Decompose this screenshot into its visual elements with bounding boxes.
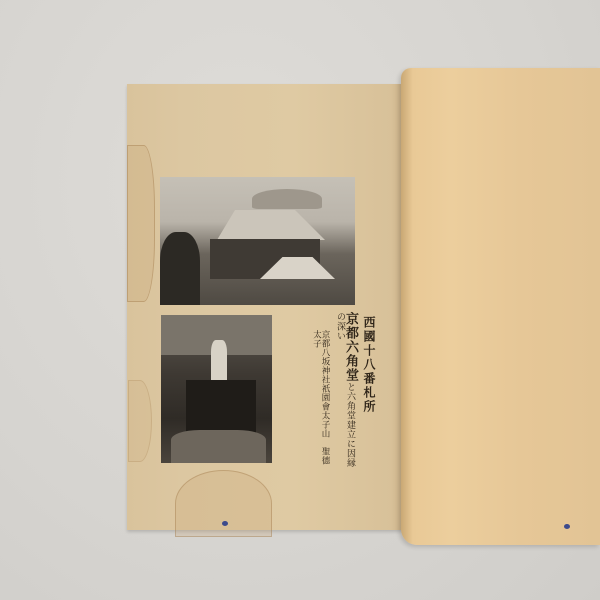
caption-line-2: 京都六角堂と六角堂建立に因縁の深い <box>335 312 357 472</box>
rokkakudo-temple-photo <box>160 177 355 305</box>
caption-block: 西國十八番札所 京都六角堂と六角堂建立に因縁の深い 京都八坂神社祇園會太子山 聖… <box>285 312 375 472</box>
water-stain-bottom <box>175 470 272 537</box>
water-stain-left <box>127 145 155 302</box>
water-stain-edge <box>128 380 152 462</box>
shotoku-figure <box>211 340 227 380</box>
caption-title: 京都六角堂 <box>343 312 358 382</box>
trees <box>160 232 200 305</box>
ink-spot-left <box>222 521 228 526</box>
temple-roof-upper <box>252 189 322 209</box>
caption-line-1: 西國十八番札所 <box>363 316 375 472</box>
ink-spot-right <box>564 524 570 529</box>
gion-festival-float-photo <box>161 315 272 463</box>
caption-line-3: 京都八坂神社祇園會太子山 聖德太子 <box>312 330 329 472</box>
right-page <box>401 68 600 545</box>
float-body <box>186 380 256 435</box>
crowd <box>171 430 266 463</box>
temple-roof-main <box>205 210 325 240</box>
